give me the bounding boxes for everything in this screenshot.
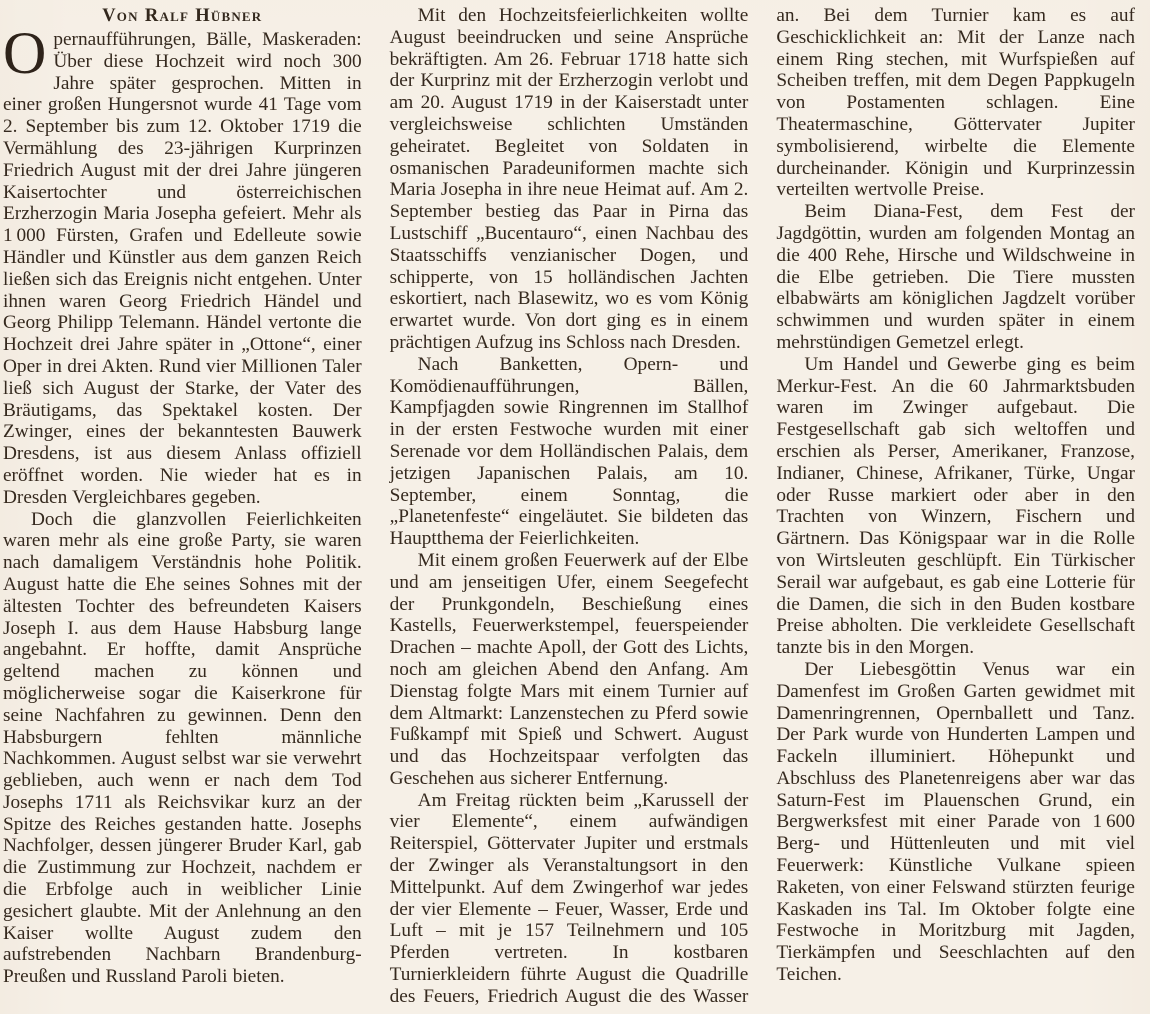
article-paragraph: Doch die glanzvollen Feierlichkeiten war… (3, 509, 362, 989)
article-paragraph: Der Liebesgöttin Venus war ein Damenfest… (776, 659, 1135, 986)
article-paragraph: Nach Banketten, Opern- und Komödienauffü… (390, 354, 749, 550)
article-body: Von Ralf Hübner Opernaufführungen, Bälle… (3, 5, 1135, 1014)
article-paragraph: Beim Diana-Fest, dem Fest der Jagdgöttin… (776, 201, 1135, 354)
drop-cap-letter: O (3, 29, 53, 76)
newspaper-page: Von Ralf Hübner Opernaufführungen, Bälle… (0, 0, 1150, 1014)
article-paragraph: Um Handel und Gewerbe ging es beim Merku… (776, 354, 1135, 659)
article-paragraph: Opernaufführungen, Bälle, Maskeraden: Üb… (3, 29, 362, 509)
article-paragraph: Mit den Hochzeitsfeierlichkeiten wollte … (390, 5, 749, 354)
article-paragraph: Mit einem großen Feuerwerk auf der Elbe … (390, 550, 749, 790)
article-byline: Von Ralf Hübner (3, 5, 362, 28)
